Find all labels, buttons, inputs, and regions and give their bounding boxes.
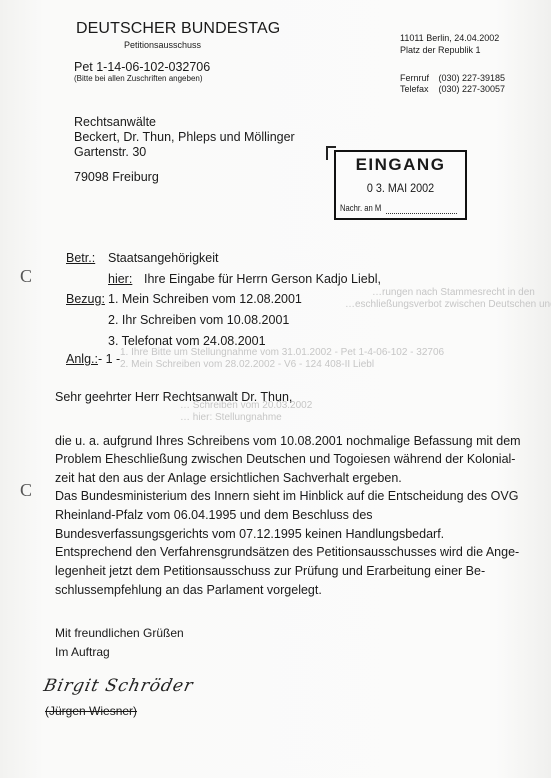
reference-item: 3. Telefonat vom 24.08.2001 bbox=[108, 334, 266, 348]
handwritten-signature: Birgit Schröder bbox=[42, 676, 195, 696]
body-line: die u. a. aufgrund Ihres Schreibens vom … bbox=[55, 434, 521, 448]
recipient-line: Gartenstr. 30 bbox=[74, 145, 146, 159]
on-behalf-note: Im Auftrag bbox=[55, 645, 110, 659]
reference-number: Pet 1-14-06-102-032706 bbox=[74, 60, 210, 74]
body-line: schlussempfehlung an das Parlament vorge… bbox=[55, 583, 322, 597]
subject-label: Betr.: bbox=[66, 251, 95, 265]
struck-signer-name: (Jürgen Wiesner) bbox=[45, 704, 137, 718]
body-line: zeit hat den aus der Anlage ersichtliche… bbox=[55, 471, 402, 485]
enclosure-value: - 1 - bbox=[98, 352, 120, 366]
city-date: 11011 Berlin, 24.04.2002 bbox=[400, 33, 499, 43]
stamp-forward-line bbox=[386, 213, 457, 214]
reference-item: 2. Ihr Schreiben vom 10.08.2001 bbox=[108, 313, 289, 327]
phone-line: Fernruf (030) 227-39185 bbox=[400, 73, 505, 83]
bleed-through-text: … hier: Stellungnahme bbox=[180, 412, 282, 423]
body-line: Problem Eheschließung zwischen Deutschen… bbox=[55, 452, 515, 466]
recipient-line: Beckert, Dr. Thun, Phleps und Möllinger bbox=[74, 130, 295, 144]
reference-note: (Bitte bei allen Zuschriften angeben) bbox=[74, 74, 203, 83]
margin-mark: C bbox=[20, 266, 32, 287]
reference-label: Bezug: bbox=[66, 292, 105, 306]
letter-page: …rungen nach Stammesrecht in den …eschli… bbox=[0, 0, 551, 778]
regarding-value: Ihre Eingabe für Herrn Gerson Kadjo Lieb… bbox=[144, 272, 381, 286]
organization-name: DEUTSCHER BUNDESTAG bbox=[76, 20, 280, 38]
enclosure-label: Anlg.: bbox=[66, 352, 98, 366]
bleed-through-text: …rungen nach Stammesrecht in den bbox=[372, 287, 535, 298]
stamp-date: 0 3. MAI 2002 bbox=[342, 181, 458, 195]
stamp-title: EINGANG bbox=[336, 155, 465, 175]
body-line: Das Bundesministerium des Innern sieht i… bbox=[55, 489, 518, 503]
body-line: Bundesverfassungsgerichts vom 07.12.1995… bbox=[55, 527, 444, 541]
margin-mark: C bbox=[20, 480, 32, 501]
closing-greeting: Mit freundlichen Grüßen bbox=[55, 626, 184, 640]
fax-line: Telefax (030) 227-30057 bbox=[400, 84, 505, 94]
reference-item: 1. Mein Schreiben vom 12.08.2001 bbox=[108, 292, 302, 306]
bleed-through-text: …eschließungsverbot zwischen Deutschen u… bbox=[345, 299, 551, 310]
bleed-through-text: 1. Ihre Bitte um Stellungnahme vom 31.01… bbox=[120, 347, 444, 358]
fax-label: Telefax bbox=[400, 84, 436, 94]
received-stamp: EINGANG 0 3. MAI 2002 Nachr. an M bbox=[334, 150, 467, 220]
stamp-forward-label: Nachr. an M bbox=[340, 203, 381, 213]
regarding-label: hier: bbox=[108, 272, 132, 286]
sender-street: Platz der Republik 1 bbox=[400, 45, 481, 55]
recipient-city: 79098 Freiburg bbox=[74, 170, 159, 184]
recipient-line: Rechtsanwälte bbox=[74, 115, 156, 129]
body-line: legenheit jetzt dem Petitionsausschuss z… bbox=[55, 564, 485, 578]
fax-number: (030) 227-30057 bbox=[439, 84, 506, 94]
body-line: Entsprechend den Verfahrensgrundsätzen d… bbox=[55, 545, 519, 559]
bleed-through-text: 2. Mein Schreiben vom 28.02.2002 - V6 - … bbox=[120, 359, 374, 370]
body-line: Rheinland-Pfalz vom 06.04.1995 und dem B… bbox=[55, 508, 373, 522]
department-name: Petitionsausschuss bbox=[124, 40, 201, 50]
salutation: Sehr geehrter Herr Rechtsanwalt Dr. Thun… bbox=[55, 390, 292, 404]
phone-label: Fernruf bbox=[400, 73, 436, 83]
phone-number: (030) 227-39185 bbox=[439, 73, 506, 83]
subject-value: Staatsangehörigkeit bbox=[108, 251, 219, 265]
